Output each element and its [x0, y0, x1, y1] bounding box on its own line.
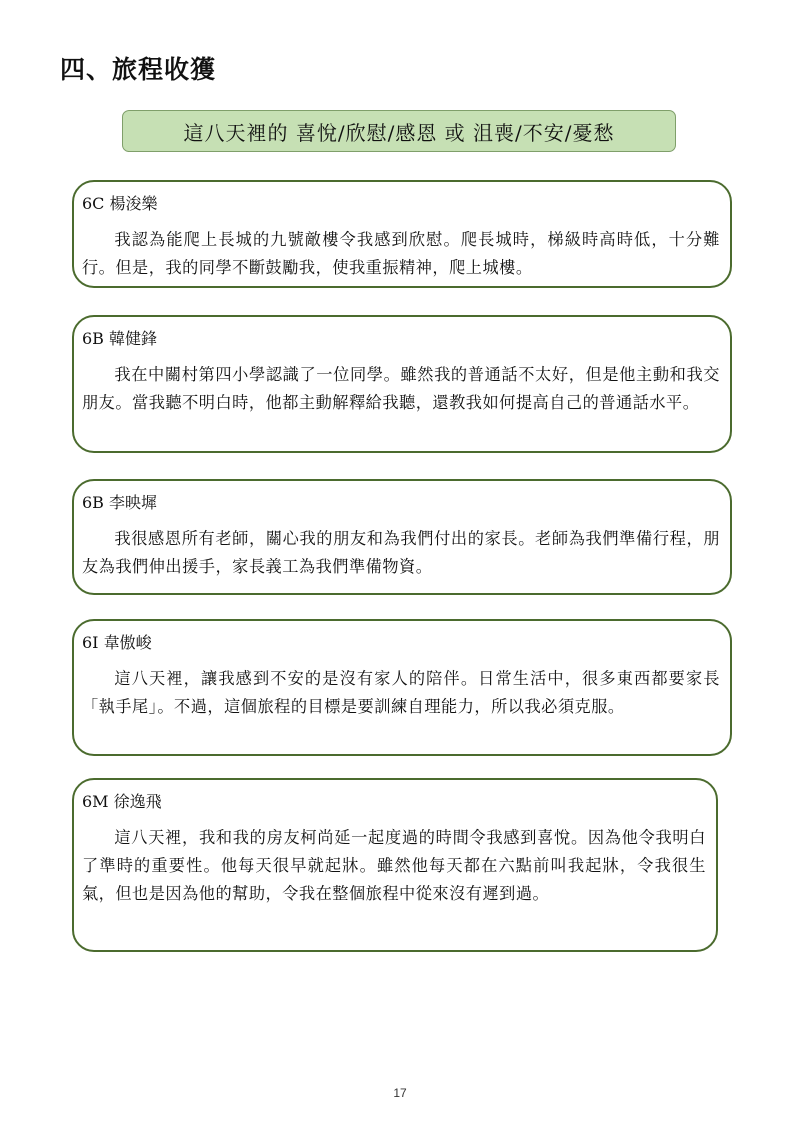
reflection-text: 我很感恩所有老師，關心我的朋友和為我們付出的家長。老師為我們準備行程，朋友為我們… — [82, 525, 720, 581]
reflection-card: 6C 楊浚樂 我認為能爬上長城的九號敵樓令我感到欣慰。爬長城時，梯級時高時低，十… — [72, 180, 732, 288]
reflection-text: 我認為能爬上長城的九號敵樓令我感到欣慰。爬長城時，梯級時高時低，十分難行。但是，… — [82, 226, 720, 282]
section-title: 四、旅程收獲 — [60, 50, 216, 86]
reflection-author: 6C 楊浚樂 — [82, 192, 720, 216]
reflection-author: 6B 李映墀 — [82, 491, 720, 515]
reflection-text: 這八天裡，我和我的房友柯尚延一起度過的時間令我感到喜悅。因為他令我明白了準時的重… — [82, 824, 706, 908]
theme-banner: 這八天裡的 喜悅/欣慰/感恩 或 沮喪/不安/憂愁 — [122, 110, 676, 152]
reflection-card: 6I 韋傲峻 這八天裡，讓我感到不安的是沒有家人的陪伴。日常生活中，很多東西都要… — [72, 619, 732, 756]
reflection-text: 這八天裡，讓我感到不安的是沒有家人的陪伴。日常生活中，很多東西都要家長「執手尾」… — [82, 665, 720, 721]
reflection-text: 我在中關村第四小學認識了一位同學。雖然我的普通話不太好，但是他主動和我交朋友。當… — [82, 361, 720, 417]
reflection-author: 6B 韓健鋒 — [82, 327, 720, 351]
reflection-author: 6M 徐逸飛 — [82, 790, 706, 814]
reflection-card: 6B 韓健鋒 我在中關村第四小學認識了一位同學。雖然我的普通話不太好，但是他主動… — [72, 315, 732, 453]
page-number: 17 — [0, 1086, 800, 1100]
reflection-author: 6I 韋傲峻 — [82, 631, 720, 655]
reflection-card: 6B 李映墀 我很感恩所有老師，關心我的朋友和為我們付出的家長。老師為我們準備行… — [72, 479, 732, 595]
reflection-card: 6M 徐逸飛 這八天裡，我和我的房友柯尚延一起度過的時間令我感到喜悅。因為他令我… — [72, 778, 718, 952]
